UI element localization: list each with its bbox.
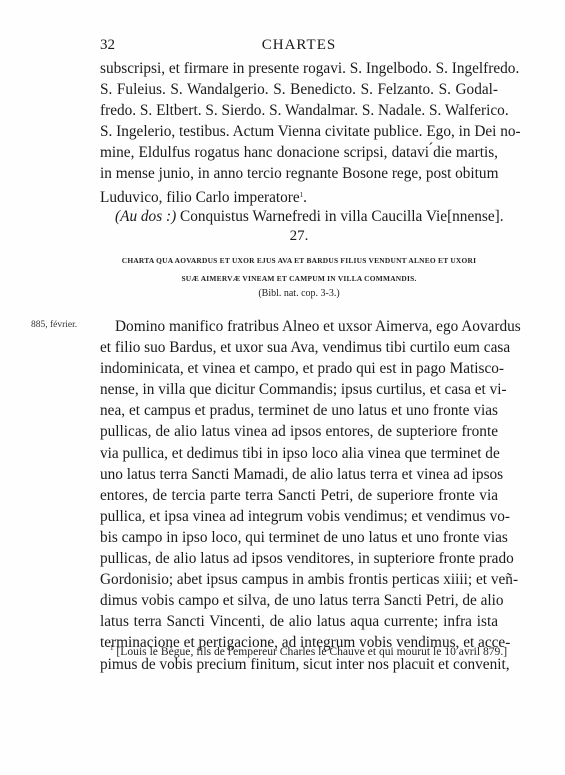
text-line: Gordonisio; abet ipsus campus in ambis f… [100, 569, 498, 590]
text-line: uno latus terra Sancti Mamadi, de alio l… [100, 464, 498, 485]
footnote-text: [Louis le Bègue, fils de l'empereur Char… [116, 645, 507, 658]
text-line: latus terra Sancti Vincenti, de alio lat… [100, 611, 498, 632]
text-line: subscripsi, et firmare in presente rogav… [100, 58, 498, 79]
text-line: S. Ingelerio, testibus. Actum Vienna civ… [100, 121, 498, 142]
source-reference: (Bibl. nat. cop. 3-3.) [100, 288, 498, 299]
previous-charter-conclusion: subscripsi, et firmare in presente rogav… [100, 58, 498, 227]
footnote: 1 [Louis le Bègue, fils de l'empereur Ch… [110, 644, 510, 658]
text-line: indominicata, et vinea et campo, et prad… [100, 358, 498, 379]
running-title: CHARTES [100, 37, 498, 54]
endorsement-line: (Au dos :) Conquistus Warnefredi in vill… [100, 206, 498, 227]
text-line: in mense junio, in anno tercio regnante … [100, 163, 498, 184]
text-line: et filio suo Bardus, et uxor sua Ava, ve… [100, 337, 498, 358]
text-line: fredo. S. Eltbert. S. Sierdo. S. Wandalm… [100, 100, 498, 121]
endorsement-label: (Au dos :) [115, 208, 176, 225]
text-line: Luduvico, filio Carlo imperatore [100, 189, 300, 206]
text-line: pullicas, de alio latus vinea ad ipsos e… [100, 421, 498, 442]
text-line: mine, Eldulfus rogatus hanc donacione sc… [100, 142, 498, 163]
footnote-marker: 1 [110, 644, 114, 652]
text-line: bis campo in ipso loco, qui terminet de … [100, 527, 498, 548]
text-line: nea, et campus et pradus, terminet de un… [100, 400, 498, 421]
line-end-punctuation: . [303, 189, 307, 206]
charter-heading-line: CHARTA QUA AOVARDUS ET UXOR EJUS AVA ET … [90, 252, 508, 270]
charter-text: Domino manifico fratribus Alneo et uxsor… [100, 316, 498, 675]
text-line: pullica, et ipsa vinea ad integrum vobis… [100, 506, 498, 527]
text-line: via pullica, et dedimus tibi in ipso loc… [100, 443, 498, 464]
text-line: dimus vobis campo et silva, de uno latus… [100, 590, 498, 611]
charter-number: 27. [100, 228, 498, 245]
margin-date-note: 885, février. [31, 320, 77, 330]
text-line-with-footnote-ref: Luduvico, filio Carlo imperatore1. [100, 185, 498, 206]
charter-heading-line: SUÆ AIMERVÆ VINEAM ET CAMPUM IN VILLA CO… [90, 270, 508, 288]
text-line: Domino manifico fratribus Alneo et uxsor… [100, 316, 498, 337]
text-line: entores, de tercia parte terra Sancti Pe… [100, 485, 498, 506]
text-line: pullicas, de alio latus ad ipsos vendito… [100, 548, 498, 569]
running-head: 32 CHARTES [100, 37, 498, 57]
text-line: S. Fuleius. S. Wandalgerio. S. Benedicto… [100, 79, 498, 100]
charter-heading: CHARTA QUA AOVARDUS ET UXOR EJUS AVA ET … [90, 252, 508, 288]
document-page: 32 CHARTES subscripsi, et firmare in pre… [0, 0, 565, 775]
text-line: nense, in villa que dicitur Commandis; i… [100, 379, 498, 400]
endorsement-text: Conquistus Warnefredi in villa Caucilla … [176, 208, 503, 225]
